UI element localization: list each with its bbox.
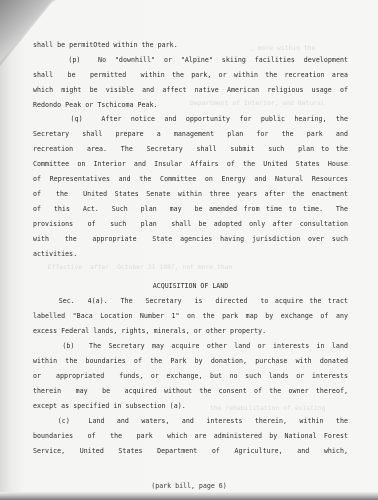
page-footer: (park bill, page 6) bbox=[0, 482, 378, 490]
scanned-page: , more within the Department of Interior… bbox=[0, 0, 378, 500]
page-bottom-edge bbox=[0, 492, 378, 500]
text-line: excess Federal lands, rights, minerals, … bbox=[33, 327, 266, 335]
text-line: except as specified in subsection (a). bbox=[33, 402, 186, 410]
text-line: of this Act. Such plan may be amended fr… bbox=[33, 205, 348, 213]
text-line: which might be visible and affect native… bbox=[33, 86, 348, 94]
text-line: recreation area. The Secretary shall sub… bbox=[33, 145, 348, 153]
text-line: of the United States Senate within three… bbox=[33, 190, 348, 198]
text-line: with the appropriate State agencies havi… bbox=[33, 235, 348, 243]
text-line: (p) No "downhill" or "Alpine" skiing fac… bbox=[33, 56, 348, 64]
text-line: provisions of such plan shall be adopted… bbox=[33, 220, 348, 228]
bleed-through-text: Department of Interior, and Natural bbox=[190, 99, 325, 107]
text-line: boundaries of the park which are adminis… bbox=[33, 432, 348, 440]
text-line: (b) The Secretary may acquire other land… bbox=[33, 342, 348, 350]
section-heading: ACQUISITION OF LAND bbox=[33, 282, 348, 290]
text-line: therein may be acquired without the cons… bbox=[33, 387, 348, 395]
text-line: (c) Land and waters, and interests there… bbox=[33, 417, 348, 425]
text-line: within the boundaries of the Park by don… bbox=[33, 357, 348, 365]
text-line: Sec. 4(a). The Secretary is directed to … bbox=[33, 297, 348, 305]
text-line: Service, United States Department of Agr… bbox=[33, 447, 348, 455]
text-line: shall be permitted within the park, or w… bbox=[33, 71, 348, 79]
text-line: of Representatives and the Committee on … bbox=[33, 175, 348, 183]
text-line: Redondo Peak or Tschicoma Peak. bbox=[33, 101, 158, 109]
bleed-through-text: the rehabilitation of existing bbox=[210, 404, 325, 412]
bleed-through-text: Effective after October 31 1987, not mor… bbox=[40, 263, 232, 271]
text-line: activities. bbox=[33, 250, 77, 258]
text-line: Secretary shall prepare a management pla… bbox=[33, 130, 348, 138]
text-line: labelled "Baca Location Number 1" on the… bbox=[33, 312, 348, 320]
text-line: or appropriated funds, or exchange, but … bbox=[33, 372, 348, 380]
text-line: (q) After notice and opportunity for pub… bbox=[33, 115, 348, 123]
text-line: shall be permitOted within the park. bbox=[33, 41, 178, 49]
text-line: Committee on Interior and Insular Affair… bbox=[33, 160, 348, 168]
